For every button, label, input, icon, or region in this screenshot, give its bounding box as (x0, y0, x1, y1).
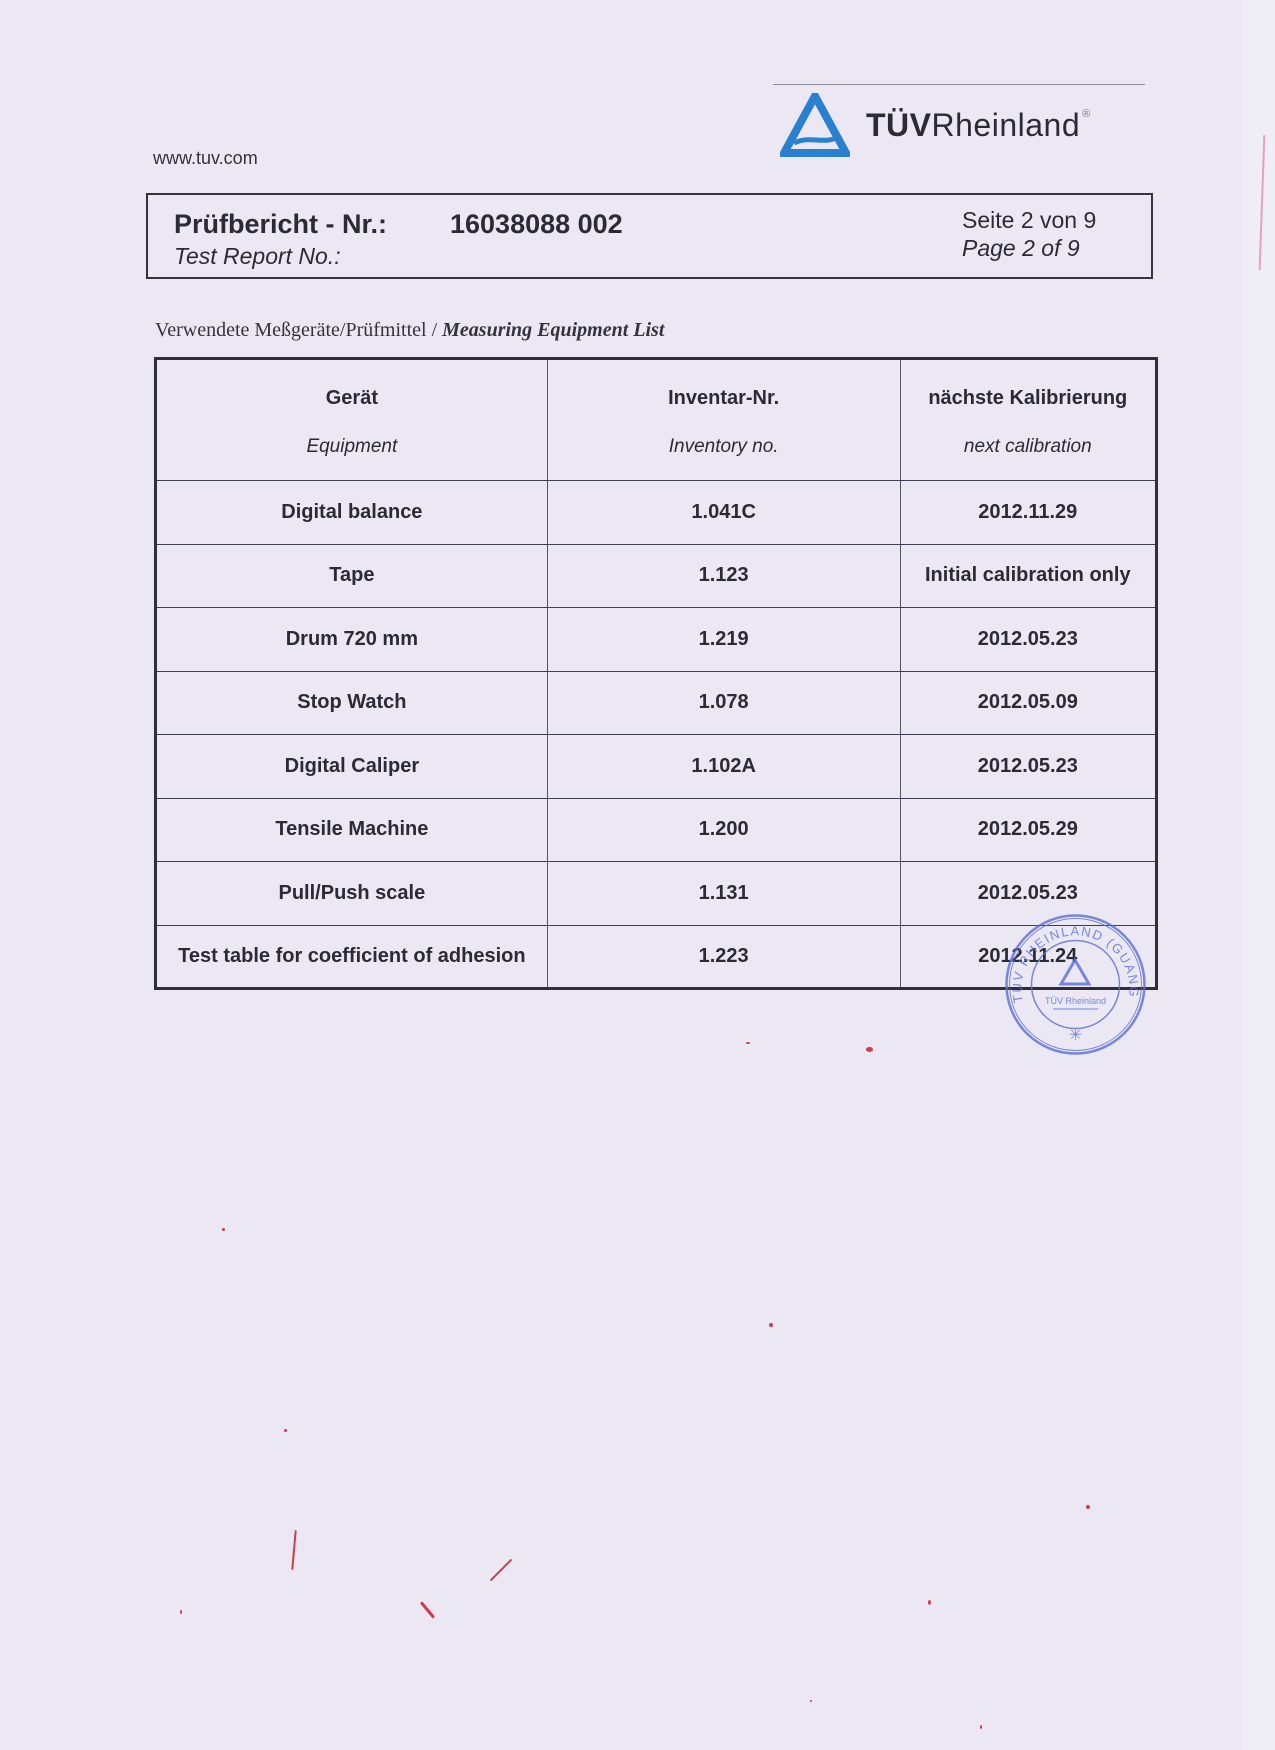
cell-next-calibration: 2012.05.23 (900, 735, 1156, 799)
table-row: Test table for coefficient of adhesion 1… (156, 925, 1157, 989)
cell-next-calibration: 2012.11.24 (900, 925, 1156, 989)
column-header-en: Equipment (157, 436, 547, 458)
section-title: Verwendete Meßgeräte/Prüfmittel / Measur… (155, 319, 664, 342)
cell-equipment: Digital Caliper (156, 735, 548, 799)
cell-inventory: 1.131 (547, 862, 900, 926)
logo-rule (773, 84, 1145, 85)
table-header-row: Gerät Equipment Inventar-Nr. Inventory n… (156, 359, 1157, 481)
column-header-de: nächste Kalibrierung (901, 387, 1155, 410)
brand-name: TÜVRheinland® (866, 109, 1091, 141)
table-row: Stop Watch 1.078 2012.05.09 (156, 671, 1157, 735)
scan-speck (746, 1042, 750, 1044)
cell-inventory: 1.078 (547, 671, 900, 735)
cell-next-calibration: 2012.05.29 (900, 798, 1156, 862)
table-row: Tape 1.123 Initial calibration only (156, 544, 1157, 608)
cell-inventory: 1.102A (547, 735, 900, 799)
column-header-next-calibration: nächste Kalibrierung next calibration (900, 359, 1156, 481)
tuv-triangle-logo-icon (780, 93, 850, 157)
scan-speck (1086, 1505, 1090, 1509)
cell-next-calibration: Initial calibration only (900, 544, 1156, 608)
cell-next-calibration: 2012.11.29 (900, 481, 1156, 545)
scan-speck (284, 1429, 287, 1432)
brand-name-bold: TÜV (866, 107, 932, 143)
scan-speck (810, 1700, 812, 1702)
column-header-de: Gerät (157, 387, 547, 410)
brand-name-regular: Rheinland (932, 107, 1081, 143)
report-title-en: Test Report No.: (174, 243, 341, 270)
cell-next-calibration: 2012.05.09 (900, 671, 1156, 735)
stamp-star-icon: ✳ (1069, 1025, 1082, 1044)
table-row: Pull/Push scale 1.131 2012.05.23 (156, 862, 1157, 926)
column-header-en: next calibration (901, 436, 1155, 458)
scan-speck (866, 1047, 873, 1052)
section-title-de: Verwendete Meßgeräte/Prüfmittel / (155, 319, 442, 341)
registered-mark: ® (1082, 108, 1091, 120)
column-header-equipment: Gerät Equipment (156, 359, 548, 481)
column-header-de: Inventar-Nr. (548, 387, 900, 410)
column-header-en: Inventory no. (548, 436, 900, 458)
table-row: Drum 720 mm 1.219 2012.05.23 (156, 608, 1157, 672)
cell-equipment: Drum 720 mm (156, 608, 548, 672)
scan-speck (222, 1228, 225, 1231)
cell-equipment: Tape (156, 544, 548, 608)
cell-inventory: 1.223 (547, 925, 900, 989)
table-row: Digital balance 1.041C 2012.11.29 (156, 481, 1157, 545)
website-link[interactable]: www.tuv.com (153, 148, 258, 169)
cell-inventory: 1.219 (547, 608, 900, 672)
cell-inventory: 1.200 (547, 798, 900, 862)
cell-equipment: Test table for coefficient of adhesion (156, 925, 548, 989)
scan-speck (490, 1559, 513, 1582)
cell-equipment: Pull/Push scale (156, 862, 548, 926)
column-header-inventory: Inventar-Nr. Inventory no. (547, 359, 900, 481)
report-header-box: Prüfbericht - Nr.: 16038088 002 Test Rep… (146, 193, 1153, 279)
equipment-table: Gerät Equipment Inventar-Nr. Inventory n… (154, 357, 1158, 990)
cell-inventory: 1.123 (547, 544, 900, 608)
table-row: Digital Caliper 1.102A 2012.05.23 (156, 735, 1157, 799)
stamp-inner-text: TÜV Rheinland (1045, 996, 1106, 1006)
brand-logo: TÜVRheinland® (780, 92, 1091, 157)
cell-next-calibration: 2012.05.23 (900, 862, 1156, 926)
cell-next-calibration: 2012.05.23 (900, 608, 1156, 672)
cell-equipment: Tensile Machine (156, 798, 548, 862)
report-number: 16038088 002 (450, 209, 623, 240)
scan-speck (980, 1725, 982, 1729)
scan-speck (291, 1530, 296, 1570)
scan-speck (420, 1601, 435, 1618)
table-row: Tensile Machine 1.200 2012.05.29 (156, 798, 1157, 862)
scan-speck (928, 1600, 931, 1605)
report-title-de: Prüfbericht - Nr.: (174, 209, 387, 240)
cell-inventory: 1.041C (547, 481, 900, 545)
scan-speck (180, 1610, 182, 1614)
cell-equipment: Stop Watch (156, 671, 548, 735)
page-indicator-de: Seite 2 von 9 (962, 207, 1096, 234)
section-title-en: Measuring Equipment List (442, 319, 664, 341)
page-indicator-en: Page 2 of 9 (962, 235, 1080, 262)
cell-equipment: Digital balance (156, 481, 548, 545)
scan-speck (769, 1323, 773, 1327)
